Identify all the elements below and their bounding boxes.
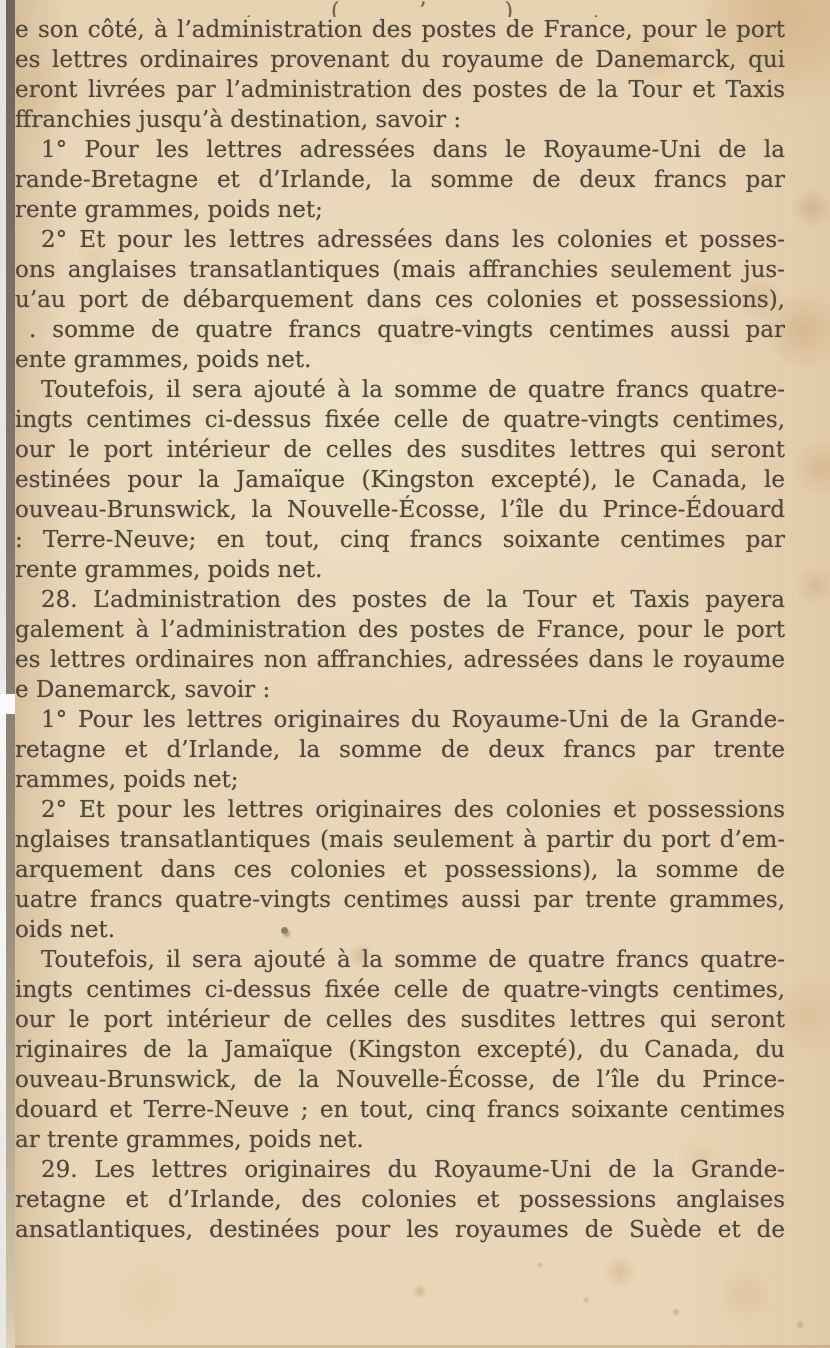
text-line: : Terre-Neuve; en tout, cinq francs soix… — [15, 525, 785, 555]
text-line: ffranchies jusqu’à destination, savoir : — [15, 105, 785, 135]
text-line: u’au port de débarquement dans ces colon… — [15, 285, 785, 315]
text-line: our le port intérieur de celles des susd… — [15, 1005, 785, 1035]
text-line: ar trente grammes, poids net. — [15, 1125, 785, 1155]
text-line: ansatlantiques, destinées pour les royau… — [15, 1215, 785, 1245]
text-line: arquement dans ces colonies et possessio… — [15, 855, 785, 885]
text-line: retagne et d’Irlande, la somme de deux f… — [15, 735, 785, 765]
text-line: e Danemarck, savoir : — [15, 675, 785, 705]
text-line: es lettres ordinaires provenant du royau… — [15, 45, 785, 75]
scan-highlight-notch — [0, 694, 16, 714]
text-line: Toutefois, il sera ajouté à la somme de … — [15, 945, 785, 975]
text-line: ouveau-Brunswick, de la Nouvelle-Écosse,… — [15, 1065, 785, 1095]
text-line: estinées pour la Jamaïque (Kingston exce… — [15, 465, 785, 495]
text-line: uatre francs quatre-vingts centimes auss… — [15, 885, 785, 915]
text-line: . somme de quatre francs quatre-vingts c… — [15, 315, 785, 345]
text-line: 28. L’administration des postes de la To… — [15, 585, 785, 615]
text-line: rande-Bretagne et d’Irlande, la somme de… — [15, 165, 785, 195]
text-line: ouveau-Brunswick, la Nouvelle-Écosse, l’… — [15, 495, 785, 525]
ink-speck — [430, 905, 436, 909]
text-line: retagne et d’Irlande, des colonies et po… — [15, 1185, 785, 1215]
text-line: douard et Terre-Neuve ; en tout, cinq fr… — [15, 1095, 785, 1125]
text-line: ons anglaises transatlantiques (mais aff… — [15, 255, 785, 285]
text-line: rammes, poids net; — [15, 765, 785, 795]
text-line: es lettres ordinaires non affranchies, a… — [15, 645, 785, 675]
text-line: 2° Et pour les lettres adressées dans le… — [15, 225, 785, 255]
text-line: rente grammes, poids net. — [15, 555, 785, 585]
text-line: 2° Et pour les lettres originaires des c… — [15, 795, 785, 825]
text-line: riginaires de la Jamaïque (Kingston exce… — [15, 1035, 785, 1065]
text-line: galement à l’administration des postes d… — [15, 615, 785, 645]
text-line: 1° Pour les lettres originaires du Royau… — [15, 705, 785, 735]
text-line: ente grammes, poids net. — [15, 345, 785, 375]
text-line: oids net. — [15, 915, 785, 945]
text-line: eront livrées par l’administration des p… — [15, 75, 785, 105]
text-line: e son côté, à l’administration des poste… — [15, 15, 785, 45]
clipped-top-line: , ( ʼ ) , — [245, 0, 805, 17]
text-line: rente grammes, poids net; — [15, 195, 785, 225]
text-line: ingts centimes ci-dessus fixée celle de … — [15, 975, 785, 1005]
ink-speck — [281, 927, 288, 934]
scanned-page: { "page": { "type": "scanned-book-page",… — [0, 0, 830, 1348]
text-line: 1° Pour les lettres adressées dans le Ro… — [15, 135, 785, 165]
text-line: our le port intérieur de celles des susd… — [15, 435, 785, 465]
text-line: 29. Les lettres originaires du Royaume-U… — [15, 1155, 785, 1185]
text-line: ingts centimes ci-dessus fixée celle de … — [15, 405, 785, 435]
text-column: , ( ʼ ) , e son côté, à l’administration… — [15, 15, 785, 1245]
text-line: nglaises transatlantiques (mais seulemen… — [15, 825, 785, 855]
text-line: Toutefois, il sera ajouté à la somme de … — [15, 375, 785, 405]
